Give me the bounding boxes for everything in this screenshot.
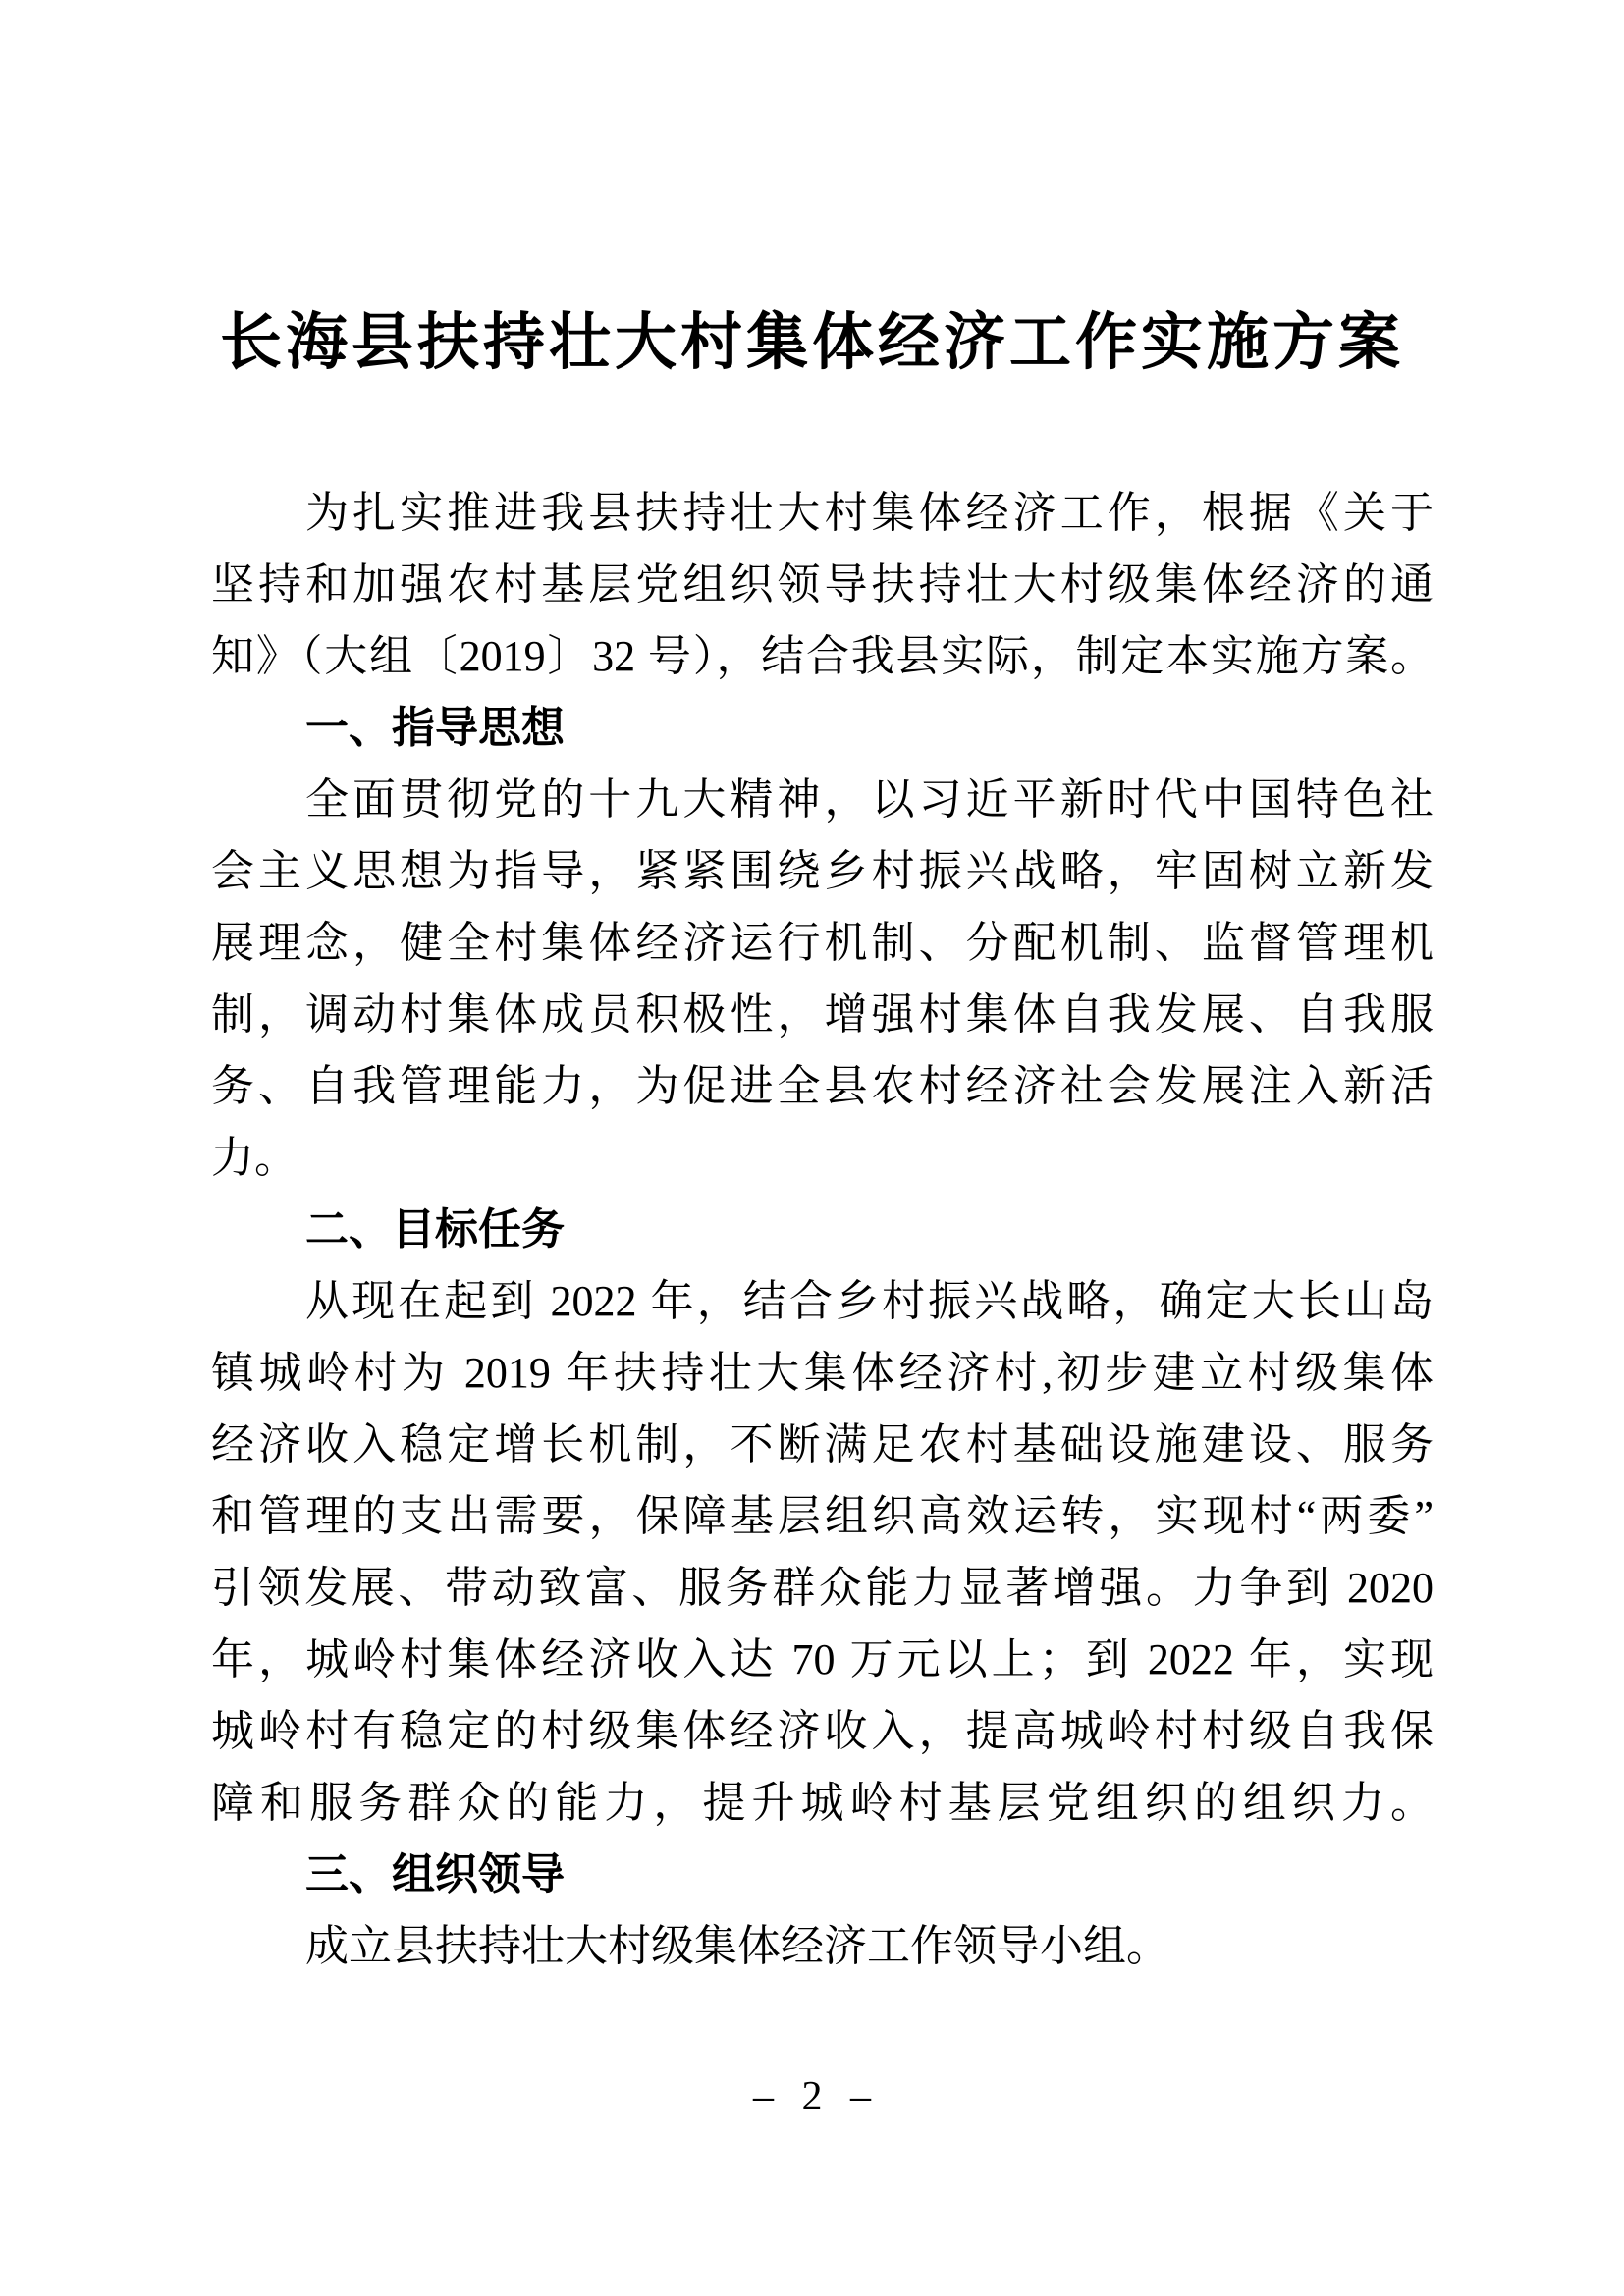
- para3-line8: 障和服务群众的能力，提升城岭村基层党组织的组织力。: [211, 1767, 1434, 1839]
- para3-line2: 镇城岭村为 2019 年扶持壮大集体经济村,初步建立村级集体: [211, 1337, 1434, 1409]
- para3-line5: 引领发展、带动致富、服务群众能力显著增强。力争到 2020: [211, 1552, 1434, 1624]
- document-title: 长海县扶持壮大村集体经济工作实施方案: [203, 293, 1421, 382]
- section-heading-3: 三、组织领导: [211, 1839, 1434, 1910]
- para2-line4: 制，调动村集体成员积极性，增强村集体自我发展、自我服: [211, 979, 1434, 1050]
- page-number: – 2 –: [0, 2073, 1624, 2120]
- para2-line3: 展理念，健全村集体经济运行机制、分配机制、监督管理机: [211, 907, 1434, 979]
- para2-line2: 会主义思想为指导，紧紧围绕乡村振兴战略，牢固树立新发: [211, 835, 1434, 907]
- section-heading-1: 一、指导思想: [211, 692, 1434, 764]
- para3-line4: 和管理的支出需要，保障基层组织高效运转，实现村“两委”: [211, 1480, 1434, 1552]
- para1-line3: 知》（大组〔2019〕32 号），结合我县实际，制定本实施方案。: [211, 620, 1434, 692]
- document-page: 长海县扶持壮大村集体经济工作实施方案 为扎实推进我县扶持壮大村集体经济工作，根据…: [0, 0, 1624, 2296]
- para1-line1: 为扎实推进我县扶持壮大村集体经济工作，根据《关于: [211, 477, 1434, 549]
- para2-line1: 全面贯彻党的十九大精神，以习近平新时代中国特色社: [211, 764, 1434, 835]
- para1-line2: 坚持和加强农村基层党组织领导扶持壮大村级集体经济的通: [211, 549, 1434, 620]
- document-body: 为扎实推进我县扶持壮大村集体经济工作，根据《关于 坚持和加强农村基层党组织领导扶…: [211, 477, 1434, 1982]
- para3-line3: 经济收入稳定增长机制，不断满足农村基础设施建设、服务: [211, 1409, 1434, 1480]
- para2-line5: 务、自我管理能力，为促进全县农村经济社会发展注入新活: [211, 1050, 1434, 1122]
- para3-line6: 年，城岭村集体经济收入达 70 万元以上；到 2022 年，实现: [211, 1624, 1434, 1695]
- para2-line6: 力。: [211, 1122, 1434, 1194]
- section-heading-2: 二、目标任务: [211, 1194, 1434, 1265]
- para4-line1: 成立县扶持壮大村级集体经济工作领导小组。: [211, 1910, 1434, 1982]
- para3-line1: 从现在起到 2022 年，结合乡村振兴战略，确定大长山岛: [211, 1265, 1434, 1337]
- para3-line7: 城岭村有稳定的村级集体经济收入，提高城岭村村级自我保: [211, 1695, 1434, 1767]
